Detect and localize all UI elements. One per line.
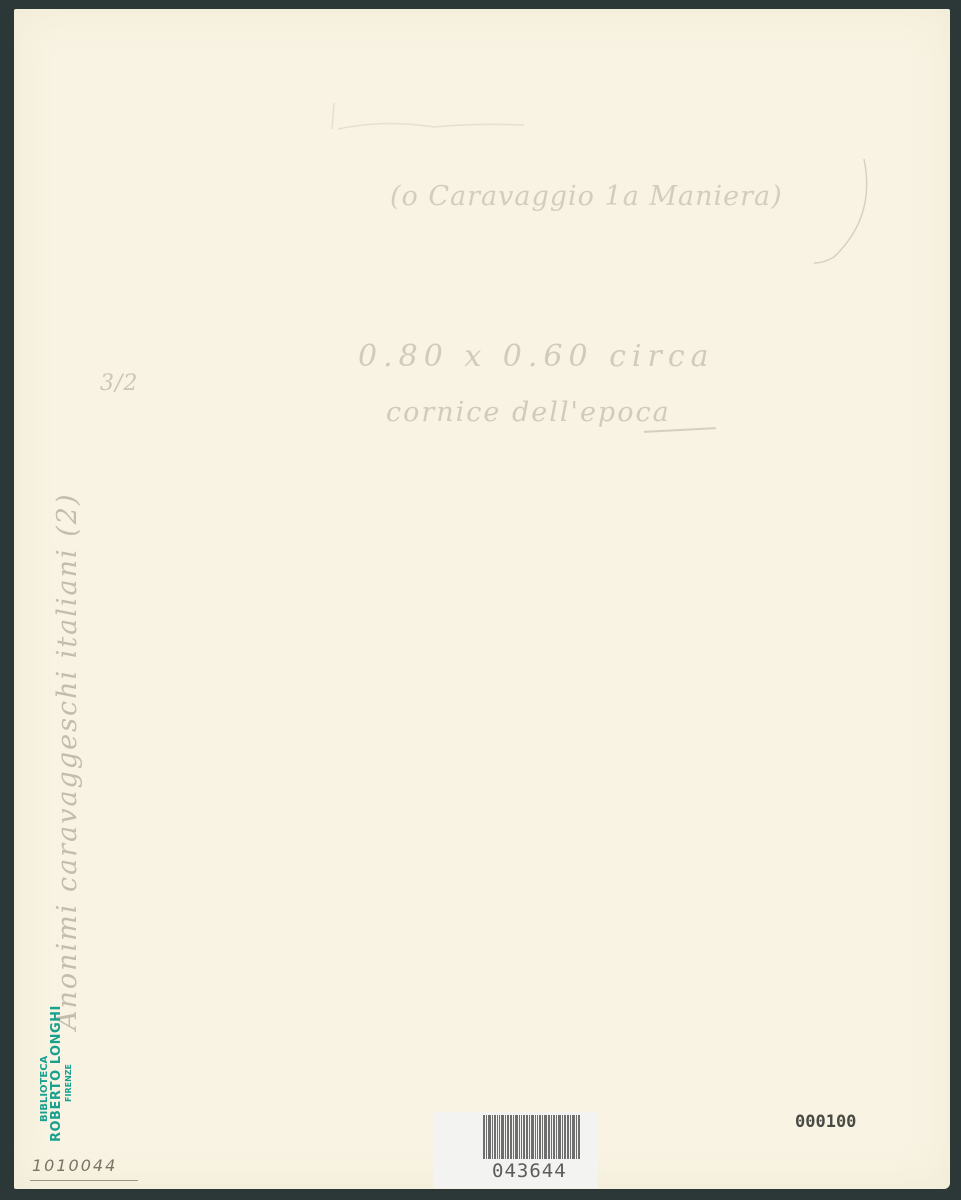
stamped-number: 000100 <box>795 1112 856 1132</box>
faint-scrawl-mark <box>324 99 534 139</box>
photo-verso-sheet: (o Caravaggio 1a Maniera) 0.80 x 0.60 ci… <box>14 9 950 1189</box>
barcode-label: 043644 <box>433 1112 598 1188</box>
stamp-line-city: FIRENZE <box>65 1005 73 1142</box>
closing-parenthesis-arc <box>814 157 874 267</box>
dimensions-note: 0.80 x 0.60 circa <box>358 339 715 374</box>
barcode-icon <box>483 1115 585 1159</box>
frame-note: cornice dell'epoca <box>386 397 671 428</box>
inventory-number: 1010044 <box>32 1156 117 1175</box>
fraction-note: 3/2 <box>100 371 138 396</box>
inventory-number-underline <box>30 1180 138 1181</box>
barcode-digits: 043644 <box>492 1160 567 1182</box>
library-stamp: BIBLIOTECA ROBERTO LONGHI FIRENZE <box>40 1005 73 1142</box>
attribution-note: (o Caravaggio 1a Maniera) <box>390 181 783 212</box>
stamp-line-name: ROBERTO LONGHI <box>50 1005 63 1142</box>
vertical-catalog-note: Anonimi caravaggeschi italiani (2) <box>52 493 83 1031</box>
